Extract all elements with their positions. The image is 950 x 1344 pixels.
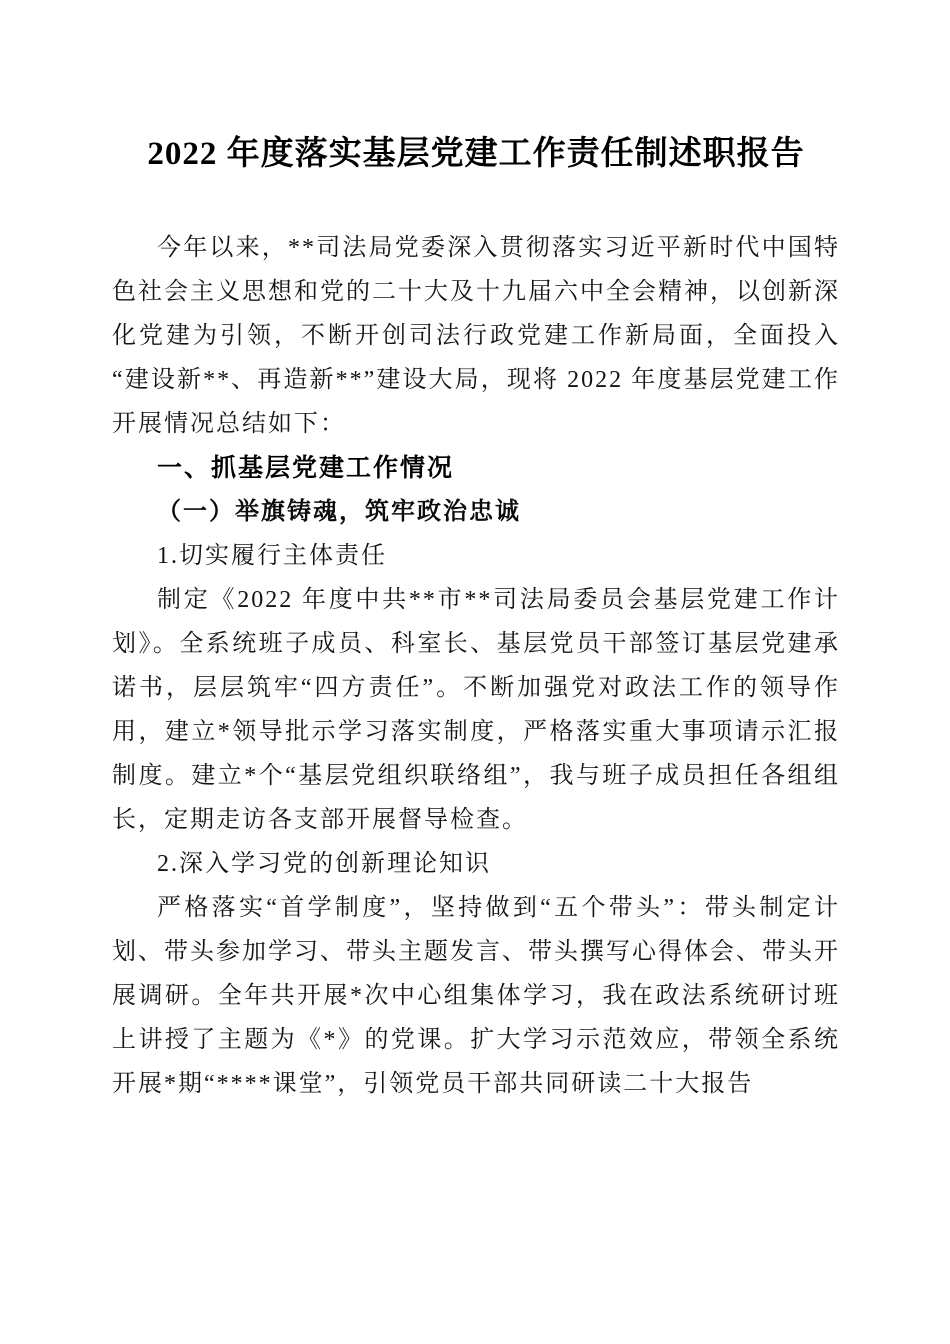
document-title: 2022 年度落实基层党建工作责任制述职报告	[112, 128, 840, 180]
item-1-body: 制定《2022 年度中共**市**司法局委员会基层党建工作计划》。全系统班子成员…	[112, 578, 840, 842]
section-1-heading: 一、抓基层党建工作情况	[112, 446, 840, 490]
item-1-heading: 1.切实履行主体责任	[112, 534, 840, 578]
item-2-heading: 2.深入学习党的创新理论知识	[112, 842, 840, 886]
subsection-1-1-heading: （一）举旗铸魂，筑牢政治忠诚	[112, 490, 840, 534]
item-2-body: 严格落实“首学制度”，坚持做到“五个带头”：带头制定计划、带头参加学习、带头主题…	[112, 886, 840, 1106]
document-page: 2022 年度落实基层党建工作责任制述职报告 今年以来，**司法局党委深入贯彻落…	[0, 0, 950, 1344]
intro-paragraph: 今年以来，**司法局党委深入贯彻落实习近平新时代中国特色社会主义思想和党的二十大…	[112, 226, 840, 446]
